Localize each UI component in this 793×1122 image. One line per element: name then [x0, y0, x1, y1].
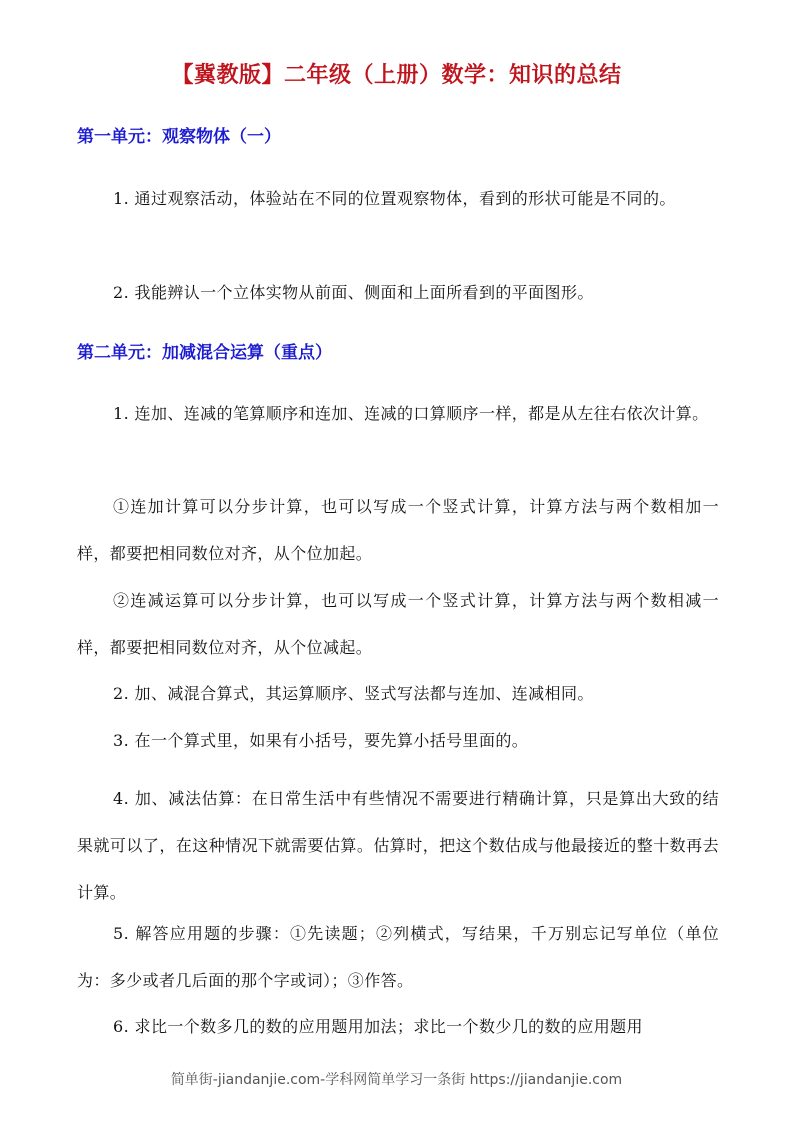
page-footer: 简单街-jiandanjie.com-学科网简单学习一条街 https://ji…	[0, 1068, 793, 1092]
paragraph-unit1-item1: 1. 通过观察活动，体验站在不同的位置观察物体，看到的形状可能是不同的。	[77, 175, 719, 222]
paragraph-unit2-item2: 2. 加、减混合算式，其运算顺序、竖式写法都与连加、连减相同。	[77, 670, 719, 717]
paragraph-unit2-item1a: ①连加计算可以分步计算，也可以写成一个竖式计算，计算方法与两个数相加一样，都要把…	[77, 483, 719, 577]
paragraph-unit2-item5: 5. 解答应用题的步骤：①先读题；②列横式，写结果，千万别忘记写单位（单位为：多…	[77, 910, 719, 1004]
document-title: 【冀教版】二年级（上册）数学：知识的总结	[0, 58, 793, 94]
paragraph-unit2-item6: 6. 求比一个数多几的数的应用题用加法；求比一个数少几的数的应用题用	[77, 1003, 719, 1050]
paragraph-unit2-item1b: ②连减运算可以分步计算，也可以写成一个竖式计算，计算方法与两个数相减一样，都要把…	[77, 577, 719, 671]
section-heading-unit-2: 第二单元：加减混合运算（重点）	[77, 340, 332, 366]
paragraph-unit2-item4: 4. 加、减法估算：在日常生活中有些情况不需要进行精确计算，只是算出大致的结果就…	[77, 775, 719, 916]
paragraph-unit2-item1: 1. 连加、连减的笔算顺序和连加、连减的口算顺序一样，都是从左往右依次计算。	[77, 390, 719, 437]
paragraph-unit2-item3: 3. 在一个算式里，如果有小括号，要先算小括号里面的。	[77, 717, 719, 764]
section-heading-unit-1: 第一单元：观察物体（一）	[77, 124, 281, 150]
paragraph-unit1-item2: 2. 我能辨认一个立体实物从前面、侧面和上面所看到的平面图形。	[77, 269, 719, 316]
